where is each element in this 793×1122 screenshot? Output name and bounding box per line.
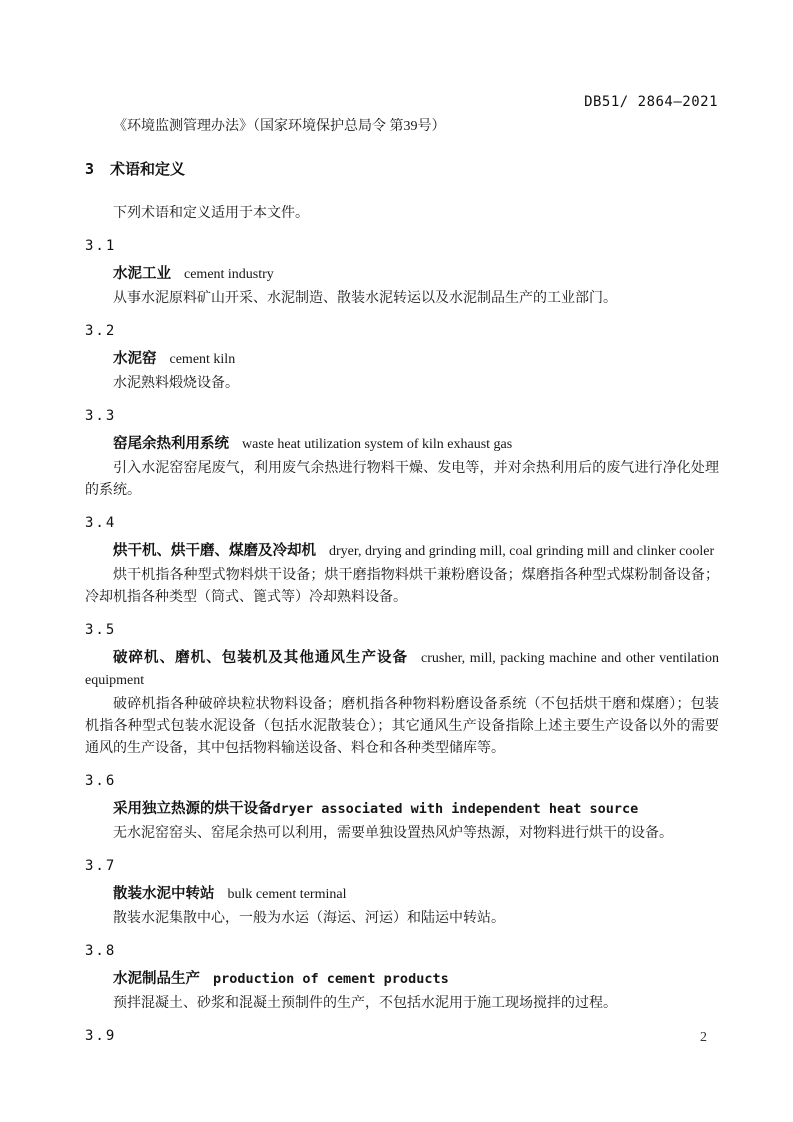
page-number: 2 (700, 1030, 707, 1046)
term-chinese: 破碎机、磨机、包装机及其他通风生产设备 (113, 650, 408, 666)
term-number: 3.3 (85, 405, 719, 427)
term-number: 3.5 (85, 619, 719, 641)
term-line: 窑尾余热利用系统waste heat utilization system of… (85, 433, 719, 456)
term-number: 3.9 (85, 1025, 719, 1047)
term-section: 3.7 散装水泥中转站bulk cement terminal 散装水泥集散中心… (85, 855, 719, 930)
term-number: 3.2 (85, 320, 719, 342)
term-number: 3.6 (85, 770, 719, 792)
term-english: dryer associated with independent heat s… (273, 801, 639, 817)
term-line: 采用独立热源的烘干设备dryer associated with indepen… (85, 798, 719, 821)
term-definition: 引入水泥窑窑尾废气，利用废气余热进行物料干燥、发电等，并对余热利用后的废气进行净… (85, 458, 719, 502)
page-content: 《环境监测管理办法》（国家环境保护总局令 第39号） 3术语和定义 下列术语和定… (85, 116, 719, 1053)
term-line: 烘干机、烘干磨、煤磨及冷却机dryer, drying and grinding… (85, 540, 719, 563)
term-section: 3.2 水泥窑cement kiln 水泥熟料煅烧设备。 (85, 320, 719, 395)
term-english: bulk cement terminal (228, 887, 347, 902)
term-chinese: 采用独立热源的烘干设备 (113, 801, 273, 817)
term-section: 3.4 烘干机、烘干磨、煤磨及冷却机dryer, drying and grin… (85, 512, 719, 609)
term-english: dryer, drying and grinding mill, coal gr… (329, 544, 714, 559)
term-chinese: 水泥工业 (113, 266, 171, 282)
term-line: 水泥制品生产production of cement products (85, 968, 719, 991)
term-line: 水泥窑cement kiln (85, 348, 719, 371)
term-line: 散装水泥中转站bulk cement terminal (85, 883, 719, 906)
term-number: 3.8 (85, 940, 719, 962)
document-standard-code: DB51/ 2864—2021 (584, 94, 718, 110)
term-chinese: 水泥窑 (113, 351, 157, 367)
term-definition: 预拌混凝土、砂浆和混凝土预制件的生产，不包括水泥用于施工现场搅拌的过程。 (85, 993, 719, 1015)
term-english: waste heat utilization system of kiln ex… (242, 437, 512, 452)
term-chinese: 窑尾余热利用系统 (113, 436, 229, 452)
term-english: cement kiln (170, 352, 236, 367)
section-heading-title: 术语和定义 (110, 161, 185, 178)
term-definition: 水泥熟料煅烧设备。 (85, 373, 719, 395)
term-number: 3.4 (85, 512, 719, 534)
term-definition: 从事水泥原料矿山开采、水泥制造、散装水泥转运以及水泥制品生产的工业部门。 (85, 288, 719, 310)
lead-in-text: 下列术语和定义适用于本文件。 (85, 203, 719, 225)
term-section: 3.1 水泥工业cement industry 从事水泥原料矿山开采、水泥制造、… (85, 235, 719, 310)
term-section: 3.9 (85, 1025, 719, 1047)
term-section: 3.8 水泥制品生产production of cement products … (85, 940, 719, 1015)
term-chinese: 水泥制品生产 (113, 971, 200, 987)
term-chinese: 烘干机、烘干磨、煤磨及冷却机 (113, 543, 316, 559)
term-line: 水泥工业cement industry (85, 263, 719, 286)
term-definition: 无水泥窑窑头、窑尾余热可以利用，需要单独设置热风炉等热源，对物料进行烘干的设备。 (85, 823, 719, 845)
term-english: production of cement products (213, 971, 449, 987)
term-definition: 散装水泥集散中心，一般为水运（海运、河运）和陆运中转站。 (85, 908, 719, 930)
section-heading-number: 3 (85, 160, 94, 178)
term-section: 3.3 窑尾余热利用系统waste heat utilization syste… (85, 405, 719, 502)
term-number: 3.7 (85, 855, 719, 877)
term-chinese: 散装水泥中转站 (113, 886, 215, 902)
reference-line: 《环境监测管理办法》（国家环境保护总局令 第39号） (85, 116, 719, 138)
term-english: cement industry (184, 267, 274, 282)
term-number: 3.1 (85, 235, 719, 257)
section-heading: 3术语和定义 (85, 158, 719, 181)
term-definition: 破碎机指各种破碎块粒状物料设备；磨机指各种物料粉磨设备系统（不包括烘干磨和煤磨）… (85, 694, 719, 760)
terms-list: 3.1 水泥工业cement industry 从事水泥原料矿山开采、水泥制造、… (85, 235, 719, 1047)
term-section: 3.5 破碎机、磨机、包装机及其他通风生产设备crusher, mill, pa… (85, 619, 719, 760)
term-definition: 烘干机指各种型式物料烘干设备；烘干磨指物料烘干兼粉磨设备；煤磨指各种型式煤粉制备… (85, 565, 719, 609)
term-line: 破碎机、磨机、包装机及其他通风生产设备crusher, mill, packin… (85, 647, 719, 692)
term-section: 3.6 采用独立热源的烘干设备dryer associated with ind… (85, 770, 719, 845)
